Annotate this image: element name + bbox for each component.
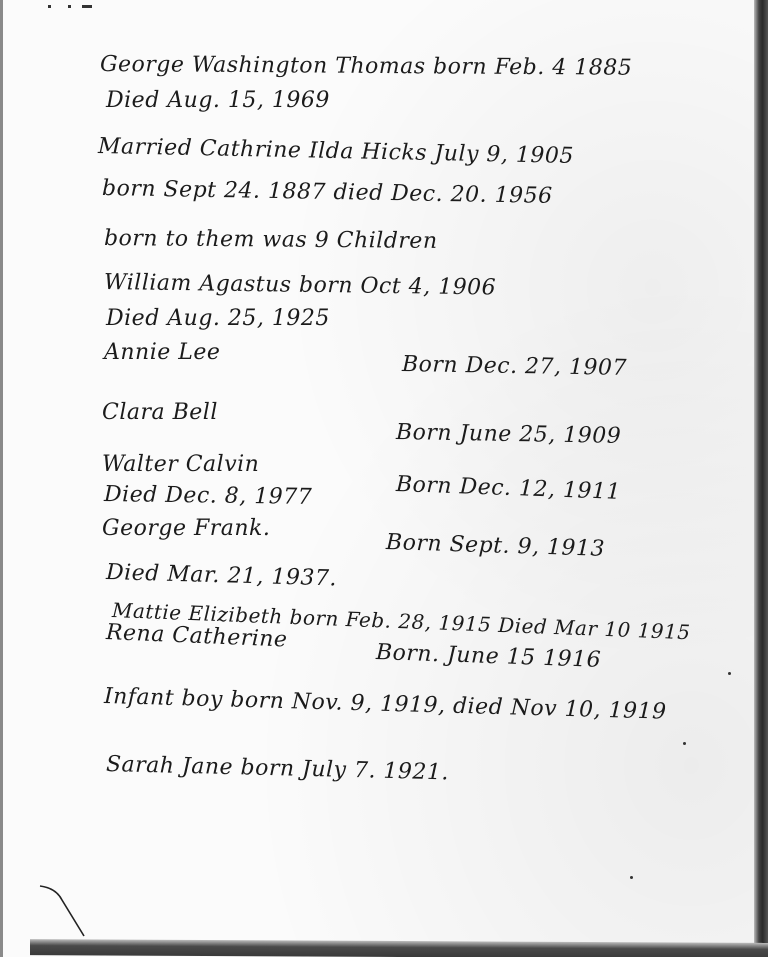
line-child-annie-name: Annie Lee — [104, 340, 220, 365]
line-child-william: William Agastus born Oct 4, 1906 — [104, 270, 496, 300]
line-child-george-born: Born Sept. 9, 1913 — [386, 530, 606, 562]
ink-speck — [683, 742, 686, 745]
stray-pen-stroke — [38, 880, 98, 940]
scan-bottom-edge — [30, 939, 768, 957]
ink-speck — [728, 672, 731, 675]
scanned-page: George Washington Thomas born Feb. 4 188… — [0, 0, 768, 957]
scan-right-edge — [754, 0, 768, 957]
line-child-walter-death: Died Dec. 8, 1977 — [104, 482, 313, 510]
line-child-walter-born: Born Dec. 12, 1911 — [396, 472, 622, 505]
scan-mark — [48, 3, 94, 9]
line-child-infant: Infant boy born Nov. 9, 1919, died Nov 1… — [104, 684, 667, 725]
line-father-birth: George Washington Thomas born Feb. 4 188… — [100, 52, 632, 81]
line-child-william-death: Died Aug. 25, 1925 — [106, 306, 330, 331]
ink-speck — [630, 876, 633, 879]
line-marriage: Married Cathrine Ilda Hicks July 9, 1905 — [98, 134, 574, 169]
line-child-annie-born: Born Dec. 27, 1907 — [402, 352, 627, 381]
line-child-rena-born: Born. June 15 1916 — [376, 640, 602, 673]
line-child-sarah: Sarah Jane born July 7. 1921. — [106, 752, 450, 785]
line-child-walter-name: Walter Calvin — [102, 452, 259, 477]
line-father-death: Died Aug. 15, 1969 — [106, 88, 330, 113]
line-children-count: born to them was 9 Children — [104, 226, 438, 254]
line-child-clara-name: Clara Bell — [102, 400, 218, 425]
line-child-george-death: Died Mar. 21, 1937. — [106, 560, 338, 591]
line-child-george-name: George Frank. — [102, 516, 270, 541]
line-child-clara-born: Born June 25, 1909 — [396, 420, 622, 449]
line-mother-dates: born Sept 24. 1887 died Dec. 20. 1956 — [102, 176, 553, 209]
scan-left-edge — [0, 0, 3, 957]
